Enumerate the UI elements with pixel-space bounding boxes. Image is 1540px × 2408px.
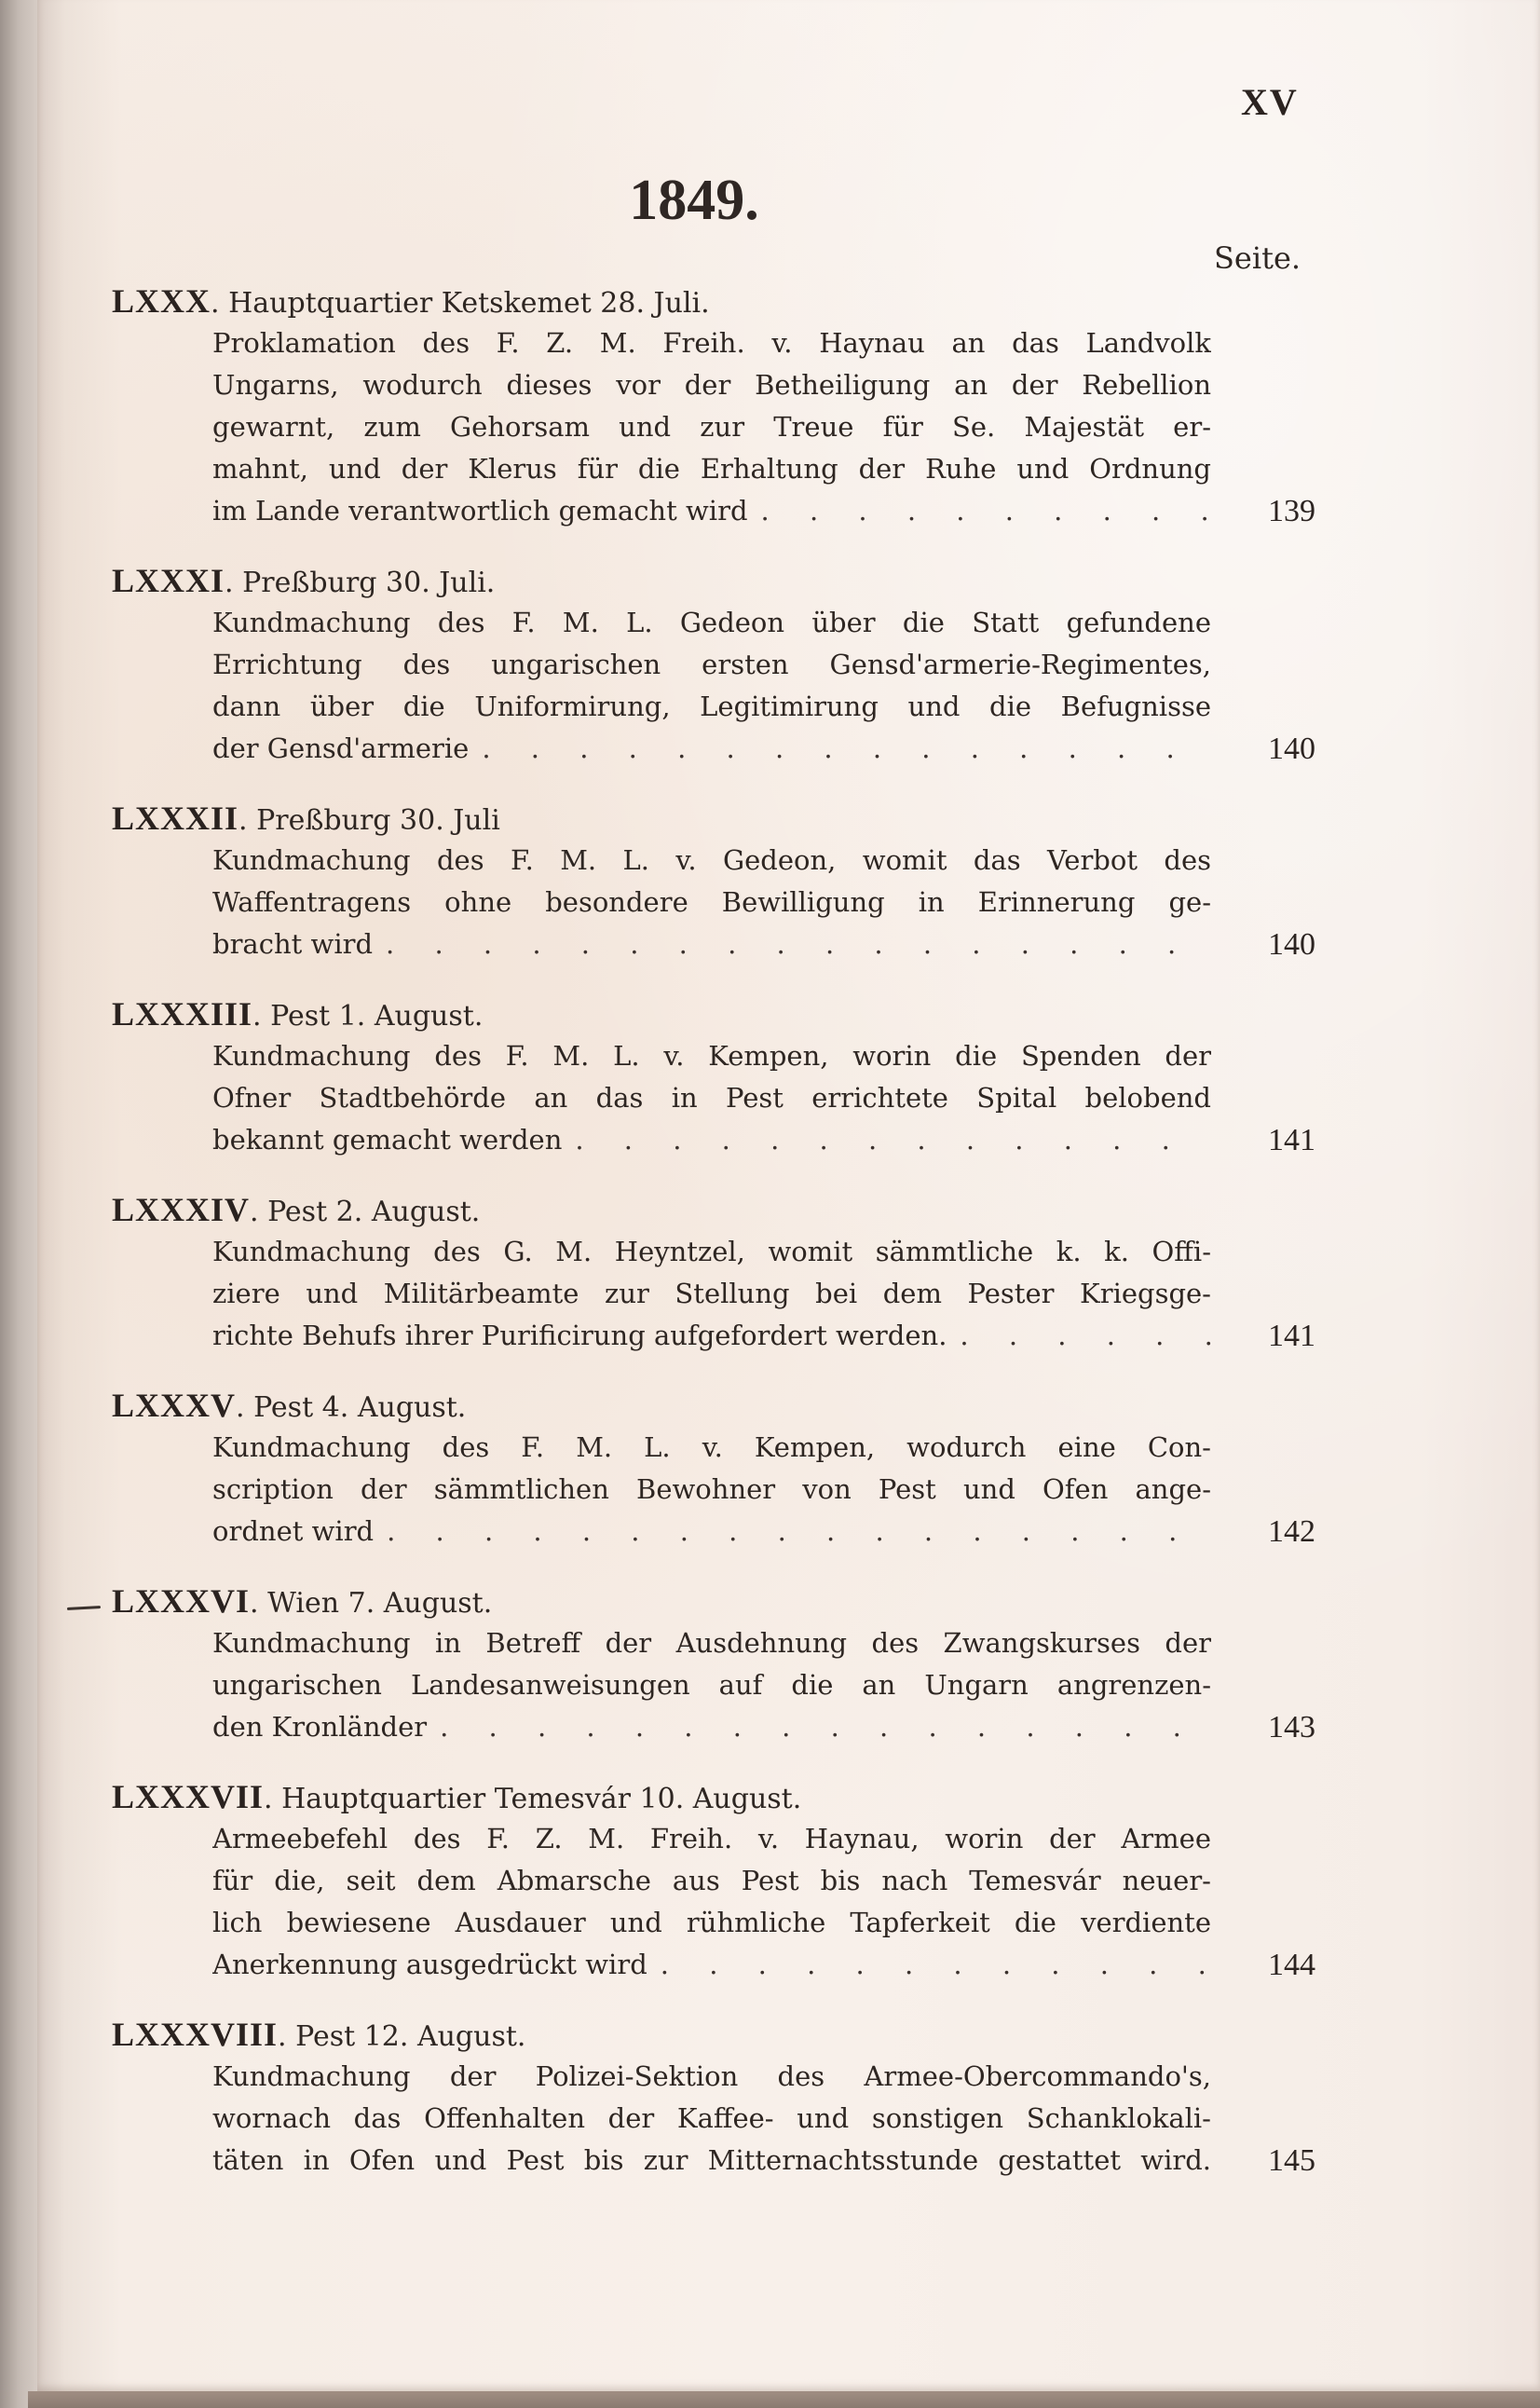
toc-entry: LXXXVIII. Pest 12. August. Kundmachung d… — [112, 2013, 1314, 2182]
entry-line: Proklamation des F. Z. M. Freih. v. Hayn… — [212, 322, 1211, 364]
entry-page-reference: 142 — [1268, 1511, 1315, 1553]
entry-heading: LXXXVII. Hauptquartier Temesvár 10. Augu… — [112, 1775, 1314, 1818]
dot-leader: . . . . . . . . . . . . . . . . . . . . … — [440, 1706, 1211, 1748]
entry-line-last: im Lande verantwortlich gemacht wird . .… — [212, 490, 1211, 532]
entry-line: für die, seit dem Abmarsche aus Pest bis… — [212, 1860, 1211, 1902]
entry-description: Kundmachung des G. M. Heyntzel, womit sä… — [212, 1231, 1211, 1357]
entry-line: mahnt, und der Klerus für die Erhaltung … — [212, 448, 1211, 490]
entry-line: Errichtung des ungarischen ersten Gensd'… — [212, 644, 1211, 686]
entry-page-reference: 143 — [1268, 1706, 1315, 1748]
entry-line: Kundmachung des F. M. L. Gedeon über die… — [212, 602, 1211, 644]
entry-description: Kundmachung des F. M. L. v. Kempen, wodu… — [212, 1427, 1211, 1553]
entry-line-last: bekannt gemacht werden . . . . . . . . .… — [212, 1119, 1211, 1161]
entry-heading: LXXX. Hauptquartier Ketskemet 28. Juli. — [112, 280, 1314, 322]
entry-line: Kundmachung der Polizei-Sektion des Arme… — [212, 2056, 1211, 2098]
entry-line: ziere und Militärbeamte zur Stellung bei… — [212, 1273, 1211, 1315]
entry-page-reference: 141 — [1268, 1315, 1315, 1357]
entry-line: Waffentragens ohne besondere Bewilligung… — [212, 882, 1211, 924]
dot-leader: . . . . . . . . . . . . . . . . . . . . … — [482, 728, 1211, 770]
entry-place-date: Preßburg 30. Juli — [256, 804, 500, 837]
entry-place-date: Pest 12. August. — [295, 2020, 525, 2053]
entry-number: LXXX — [112, 282, 211, 320]
entry-line: Kundmachung in Betreff der Ausdehnung de… — [212, 1622, 1211, 1664]
entry-number: LXXXVII — [112, 1778, 264, 1815]
dot-leader: . . . . . . . . . . . . . . . . . . . . … — [761, 490, 1211, 532]
entry-line: Kundmachung des G. M. Heyntzel, womit sä… — [212, 1231, 1211, 1273]
entry-line-last: der Gensd'armerie . . . . . . . . . . . … — [212, 728, 1211, 770]
entry-page-reference: 144 — [1268, 1944, 1315, 1986]
entry-description: Kundmachung des F. M. L. v. Gedeon, womi… — [212, 840, 1211, 965]
toc-entry: LXXXI. Preßburg 30. Juli. Kundmachung de… — [112, 559, 1314, 770]
toc-entry: LXXXV. Pest 4. August. Kundmachung des F… — [112, 1384, 1314, 1553]
entry-line: täten in Ofen und Pest bis zur Mitternac… — [212, 2140, 1211, 2182]
entry-number: LXXXI — [112, 562, 225, 599]
entry-line-last: den Kronländer . . . . . . . . . . . . .… — [212, 1706, 1211, 1748]
toc-entry: LXXX. Hauptquartier Ketskemet 28. Juli. … — [112, 280, 1314, 532]
entry-line-last: ordnet wird . . . . . . . . . . . . . . … — [212, 1511, 1211, 1553]
entry-line: scription der sämmtlichen Bewohner von P… — [212, 1469, 1211, 1511]
entry-description: Kundmachung der Polizei-Sektion des Arme… — [212, 2056, 1211, 2182]
entry-line: lich bewiesene Ausdauer und rühmliche Ta… — [212, 1902, 1211, 1944]
entry-heading: LXXXII. Preßburg 30. Juli — [112, 797, 1314, 840]
entry-line: Kundmachung des F. M. L. v. Kempen, wori… — [212, 1035, 1211, 1077]
entry-heading: LXXXI. Preßburg 30. Juli. — [112, 559, 1314, 602]
entry-number: LXXXVI — [112, 1582, 250, 1620]
entry-line: Kundmachung des F. M. L. v. Gedeon, womi… — [212, 840, 1211, 882]
entry-heading: LXXXV. Pest 4. August. — [112, 1384, 1314, 1427]
entry-number: LXXXIII — [112, 995, 252, 1033]
entry-heading: LXXXVI. Wien 7. August. — [112, 1580, 1314, 1622]
entry-heading: LXXXIII. Pest 1. August. — [112, 992, 1314, 1035]
entry-place-date: Wien 7. August. — [267, 1587, 492, 1620]
dot-leader: . . . . . . . . . . . . . . . . . . . . … — [387, 1511, 1211, 1553]
entry-page-reference: 145 — [1268, 2140, 1315, 2182]
dot-leader: . . . . . . . . . . . . . . . . . . . . … — [386, 924, 1211, 965]
entry-page-reference: 140 — [1268, 728, 1315, 770]
entry-description: Kundmachung in Betreff der Ausdehnung de… — [212, 1622, 1211, 1748]
entry-line-last: Anerkennung ausgedrückt wird . . . . . .… — [212, 1944, 1211, 1986]
entry-number: LXXXIV — [112, 1191, 250, 1228]
entry-heading: LXXXIV. Pest 2. August. — [112, 1188, 1314, 1231]
entry-number: LXXXV — [112, 1387, 236, 1424]
entry-place-date: Hauptquartier Temesvár 10. August. — [281, 1783, 801, 1815]
dot-leader: . . . . . . . . . . . . . . . . . . . . … — [575, 1119, 1211, 1161]
toc-entry: LXXXIII. Pest 1. August. Kundmachung des… — [112, 992, 1314, 1161]
toc-entry: LXXXVII. Hauptquartier Temesvár 10. Augu… — [112, 1775, 1314, 1986]
entry-page-reference: 141 — [1268, 1119, 1315, 1161]
entry-line: Armeebefehl des F. Z. M. Freih. v. Hayna… — [212, 1818, 1211, 1860]
entry-line: Ungarns, wodurch dieses vor der Betheili… — [212, 364, 1211, 406]
entry-number: LXXXII — [112, 800, 238, 837]
entry-line: Kundmachung des F. M. L. v. Kempen, wodu… — [212, 1427, 1211, 1469]
toc-entry: LXXXVI. Wien 7. August. Kundmachung in B… — [112, 1580, 1314, 1748]
page-bottom-edge — [28, 2391, 1540, 2408]
page-number-folio: XV — [1241, 80, 1299, 124]
entry-line: ungarischen Landesanweisungen auf die an… — [212, 1664, 1211, 1706]
entry-line: Ofner Stadtbehörde an das in Pest errich… — [212, 1077, 1211, 1119]
entry-line-last: richte Behufs ihrer Purificirung aufgefo… — [212, 1315, 1211, 1357]
entry-number: LXXXVIII — [112, 2016, 278, 2053]
entry-line: gewarnt, zum Gehorsam und zur Treue für … — [212, 406, 1211, 448]
entry-description: Proklamation des F. Z. M. Freih. v. Hayn… — [212, 322, 1211, 532]
entry-description: Armeebefehl des F. Z. M. Freih. v. Hayna… — [212, 1818, 1211, 1986]
entry-place-date: Preßburg 30. Juli. — [242, 567, 495, 599]
entry-place-date: Pest 2. August. — [267, 1196, 480, 1228]
year-heading: 1849. — [0, 168, 1388, 234]
toc-entry: LXXXII. Preßburg 30. Juli Kundmachung de… — [112, 797, 1314, 965]
entry-line: dann über die Uniformirung, Legitimirung… — [212, 686, 1211, 728]
entry-place-date: Pest 4. August. — [253, 1391, 466, 1424]
entry-heading: LXXXVIII. Pest 12. August. — [112, 2013, 1314, 2056]
entry-place-date: Hauptquartier Ketskemet 28. Juli. — [228, 287, 710, 320]
page-column-label: Seite. — [1214, 240, 1301, 276]
entry-description: Kundmachung des F. M. L. v. Kempen, wori… — [212, 1035, 1211, 1161]
entry-page-reference: 140 — [1268, 924, 1315, 965]
dot-leader: . . . . . . . . . . . . . . . . . . . . … — [661, 1944, 1211, 1986]
toc-entry: LXXXIV. Pest 2. August. Kundmachung des … — [112, 1188, 1314, 1357]
dot-leader: . . . . . . . . . . . . . . . . . . . . … — [960, 1315, 1211, 1357]
entry-line-last: bracht wird . . . . . . . . . . . . . . … — [212, 924, 1211, 965]
entry-line: wornach das Offenhalten der Kaffee- und … — [212, 2098, 1211, 2140]
entry-description: Kundmachung des F. M. L. Gedeon über die… — [212, 602, 1211, 770]
entry-place-date: Pest 1. August. — [270, 1000, 483, 1033]
entry-page-reference: 139 — [1268, 490, 1315, 532]
